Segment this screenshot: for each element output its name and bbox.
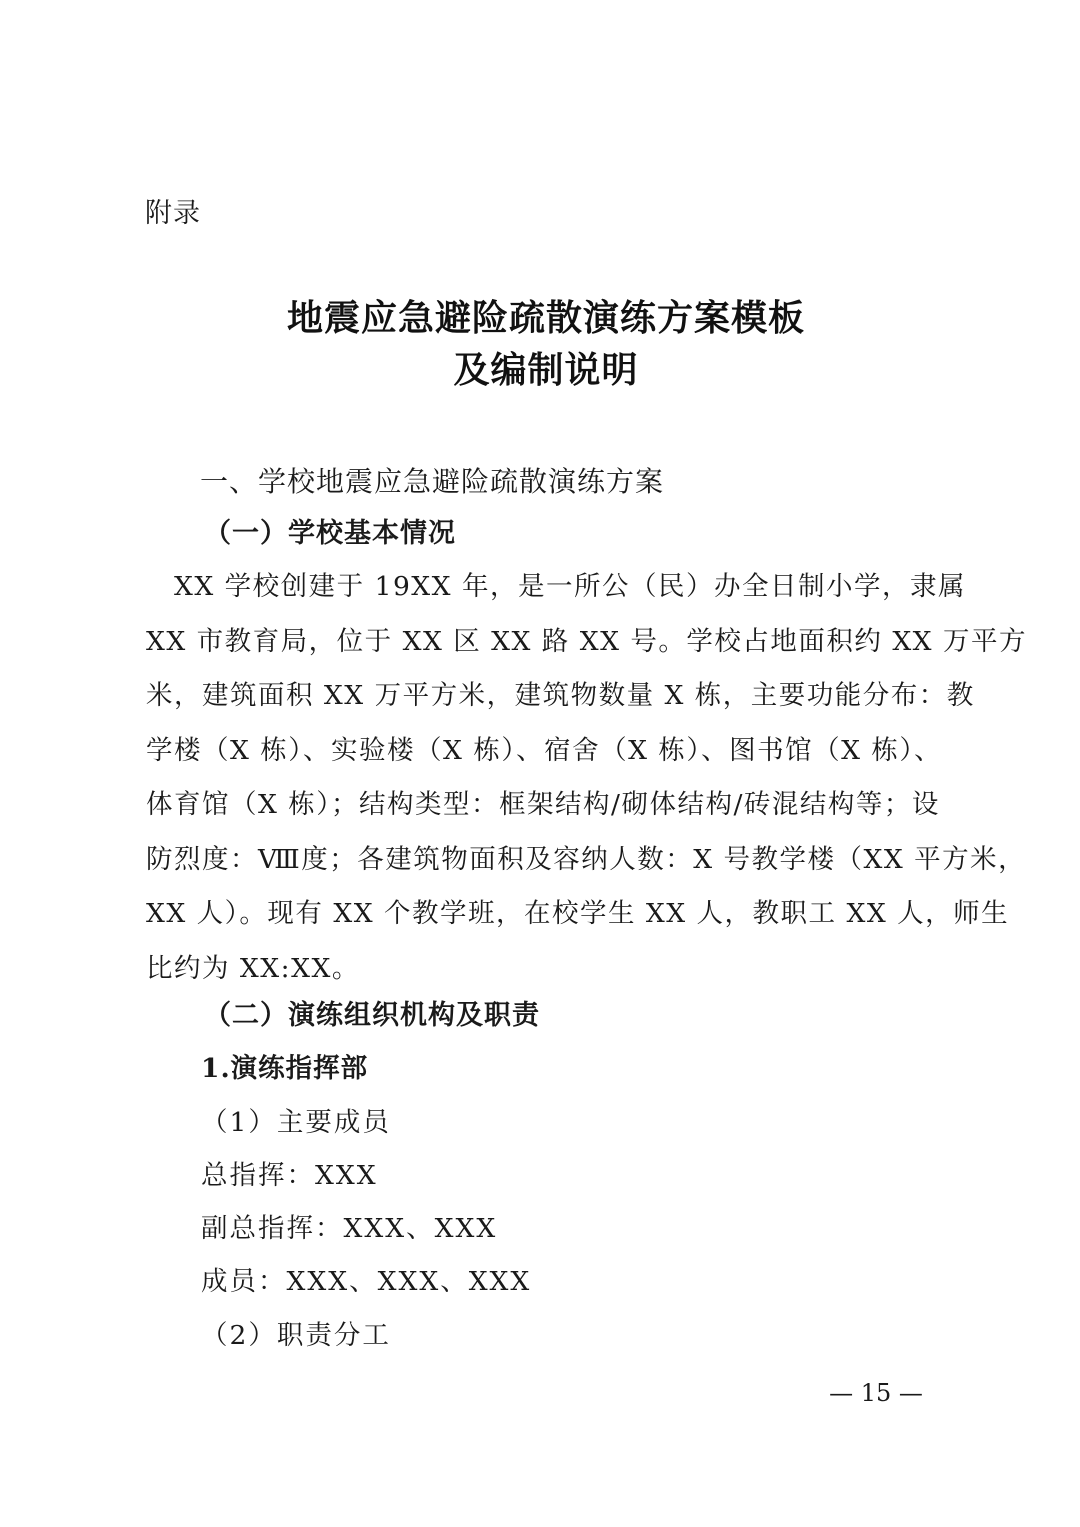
paragraph-line: 体育馆（X 栋）；结构类型：框架结构/砌体结构/砖混结构等；设 xyxy=(146,778,946,833)
paragraph-line: 米，建筑面积 XX 万平方米，建筑物数量 X 栋，主要功能分布：教 xyxy=(146,669,946,724)
paragraph-line: XX 市教育局，位于 XX 区 XX 路 XX 号。学校占地面积约 XX 万平方 xyxy=(146,615,946,670)
section-heading-1: 一、学校地震应急避险疏散演练方案 xyxy=(200,462,664,502)
commander-line: 总指挥：XXX xyxy=(201,1156,378,1196)
members-line: 成员：XXX、XXX、XXX xyxy=(201,1262,531,1302)
members-heading: （1）主要成员 xyxy=(201,1103,391,1143)
paragraph-line: XX 人）。现有 XX 个教学班，在校学生 XX 人，教职工 XX 人，师生 xyxy=(146,887,946,942)
document-page: 附录 地震应急避险疏散演练方案模板 及编制说明 一、学校地震应急避险疏散演练方案… xyxy=(0,0,1080,1527)
duties-heading: （2）职责分工 xyxy=(201,1316,391,1356)
subsection-heading-basic-info: （一）学校基本情况 xyxy=(204,514,456,554)
paragraph-line: 防烈度：Ⅷ度；各建筑物面积及容纳人数：X 号教学楼（XX 平方米， xyxy=(146,833,946,888)
item-heading-command: 1.演练指挥部 xyxy=(201,1049,368,1089)
paragraph-line: 学楼（X 栋）、实验楼（X 栋）、宿舍（X 栋）、图书馆（X 栋）、 xyxy=(146,724,946,779)
page-number: — 15 — xyxy=(826,1376,926,1410)
paragraph-line: 比约为 XX:XX。 xyxy=(146,942,946,997)
document-title-line-2: 及编制说明 xyxy=(6,346,1080,394)
paragraph-line: XX 学校创建于 19XX 年，是一所公（民）办全日制小学，隶属 xyxy=(146,560,946,615)
basic-info-paragraph: XX 学校创建于 19XX 年，是一所公（民）办全日制小学，隶属 XX 市教育局… xyxy=(146,560,946,996)
subsection-heading-organization: （二）演练组织机构及职责 xyxy=(204,996,540,1036)
appendix-label: 附录 xyxy=(145,196,201,232)
document-title-line-1: 地震应急避险疏散演练方案模板 xyxy=(6,294,1080,342)
deputy-commander-line: 副总指挥：XXX、XXX xyxy=(201,1209,497,1249)
